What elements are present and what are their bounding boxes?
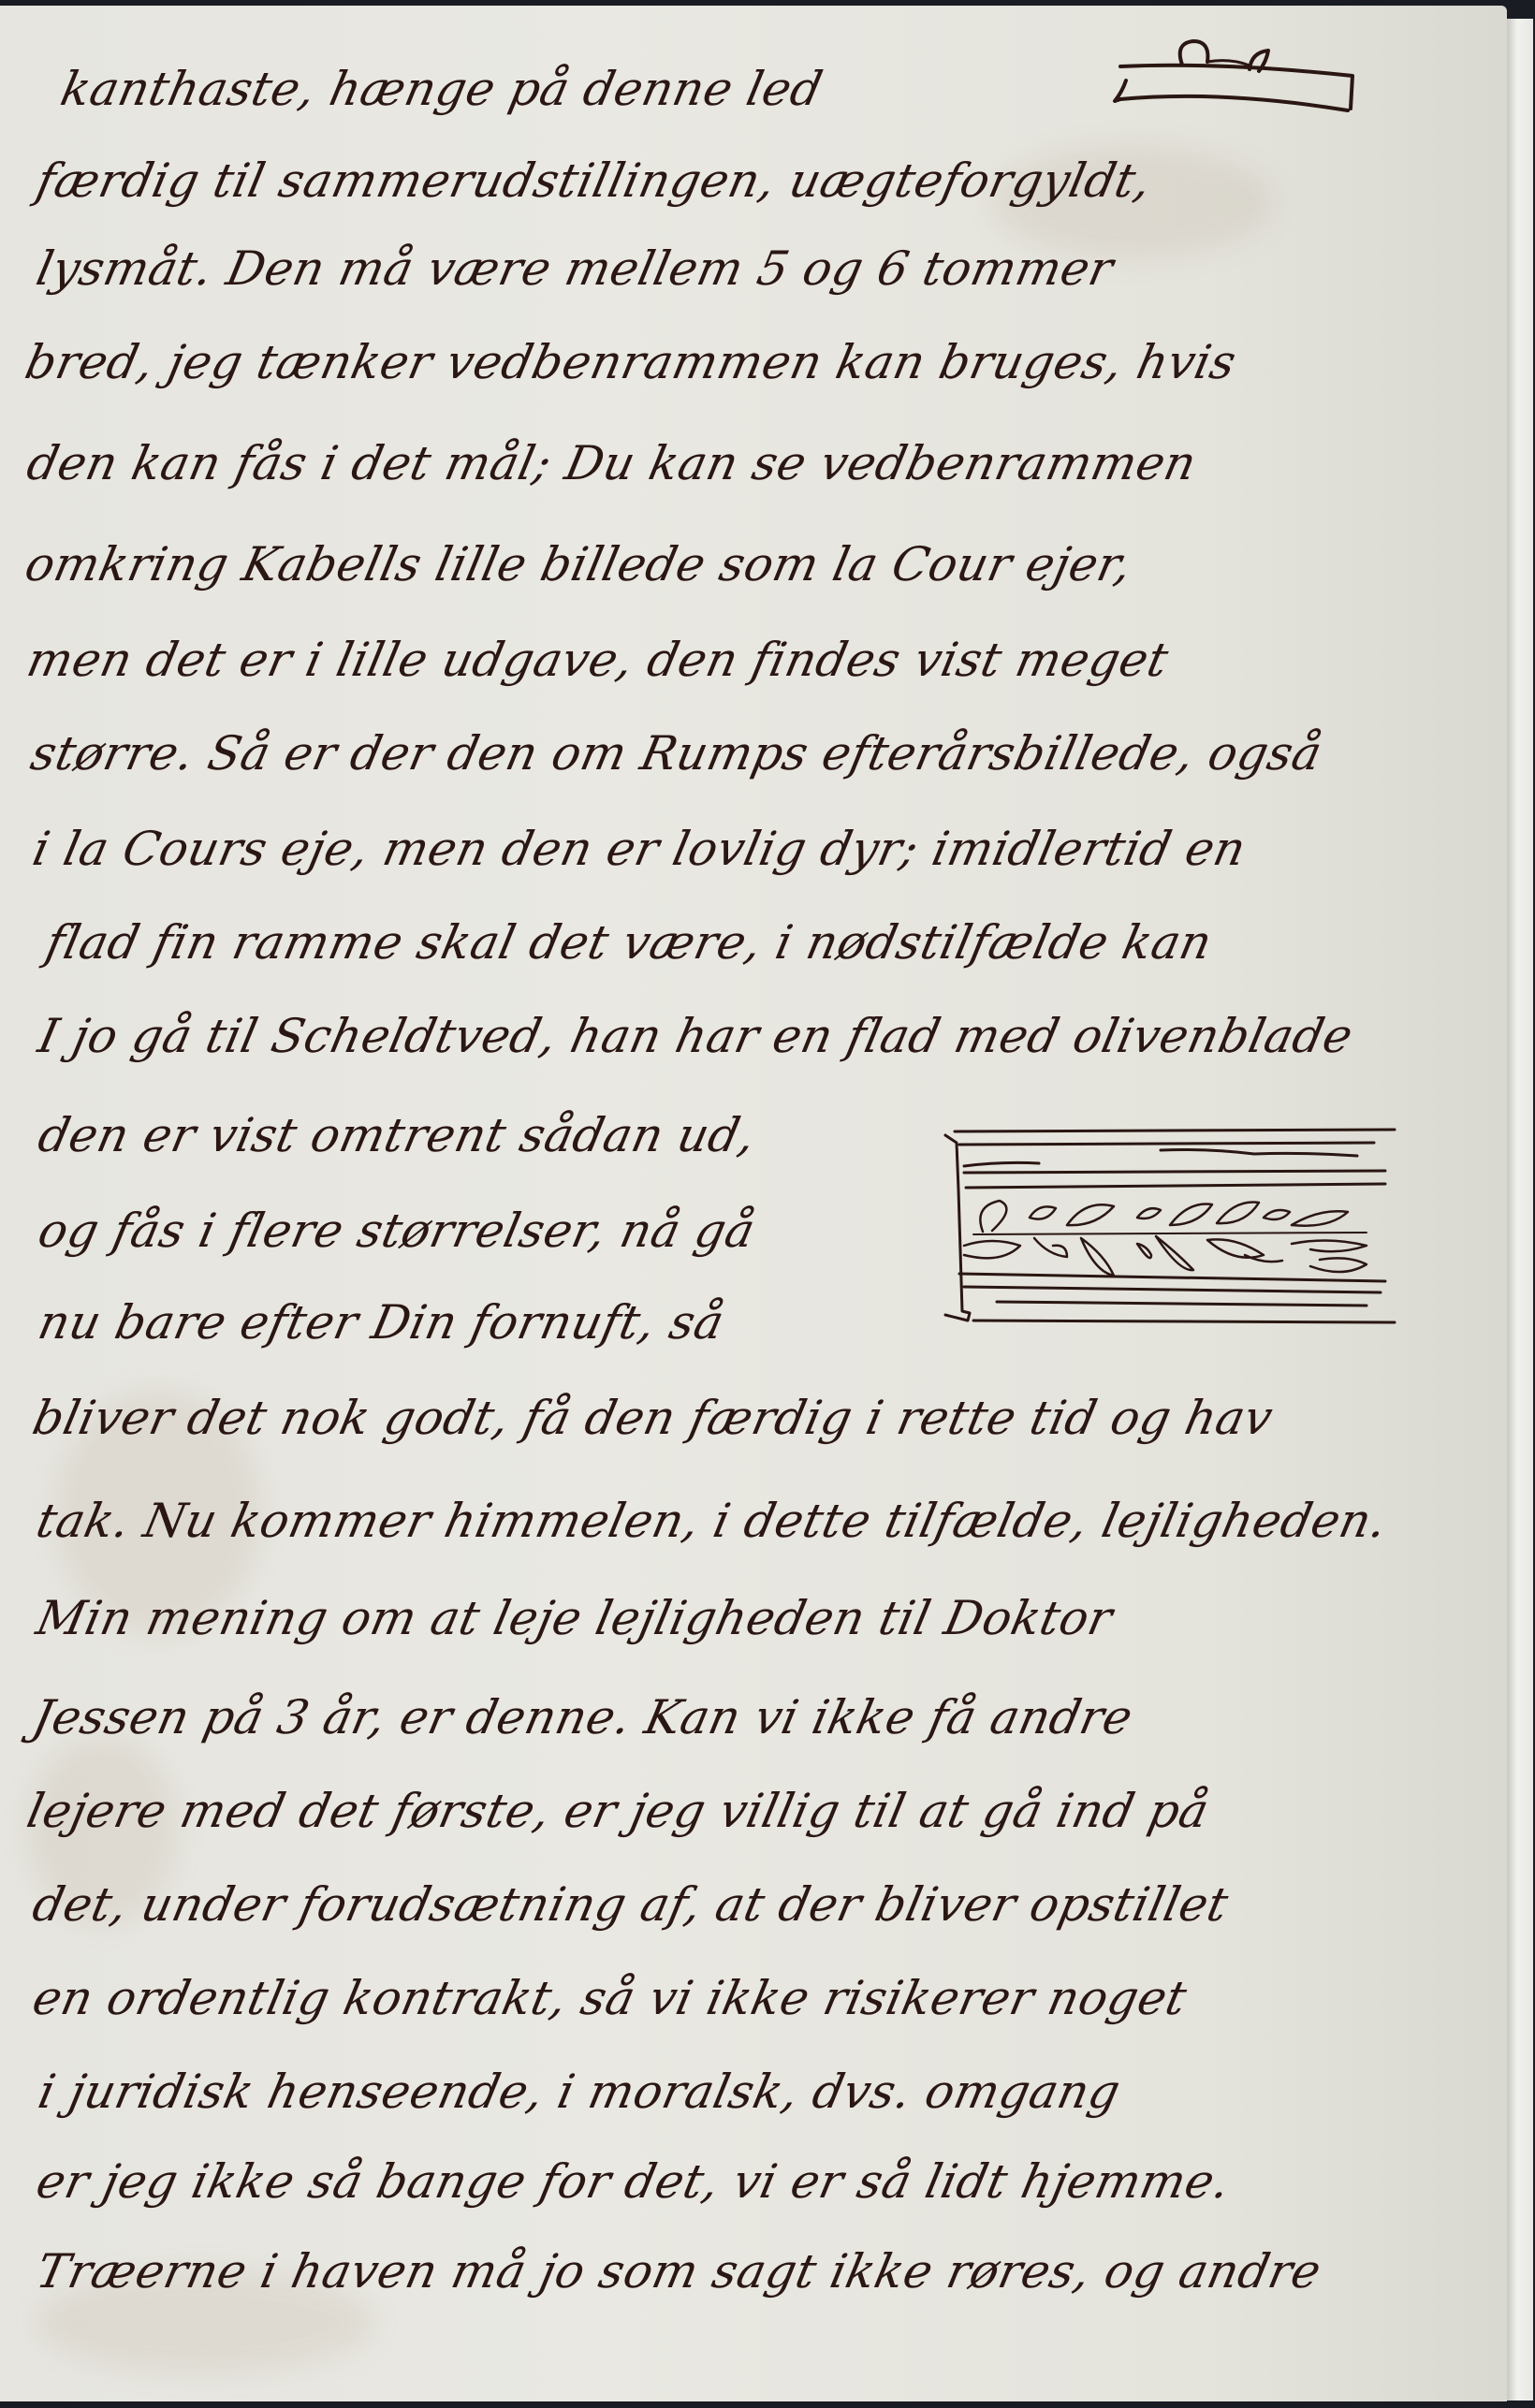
text-line: men det er i lille udgave, den findes vi… [22, 633, 1174, 687]
text-line: den er vist omtrent sådan ud, [34, 1108, 761, 1162]
letter-page: kanthaste, hænge på denne led færdig til… [0, 6, 1507, 2401]
page-edge [1507, 19, 1533, 2401]
text-line: Jessen på 3 år, er denne. Kan vi ikke få… [28, 1690, 1137, 1744]
olive-leaf-frame-sketch [927, 1115, 1413, 1330]
text-line: Træerne i haven må jo som sagt ikke røre… [32, 2244, 1326, 2299]
text-line: omkring Kabells lille billede som la Cou… [21, 537, 1137, 591]
text-line: I jo gå til Scheldtved, han har en flad … [34, 1009, 1358, 1063]
text-line: tak. Nu kommer himmelen, i dette tilfæld… [32, 1494, 1392, 1548]
text-line: nu bare efter Din fornuft, så [34, 1295, 729, 1350]
text-line: er jeg ikke så bange for det, vi er så l… [32, 2154, 1235, 2209]
text-line: det, under forudsætning af, at der blive… [28, 1877, 1234, 1932]
text-line: i juridisk henseende, i moralsk, dvs. om… [34, 2065, 1125, 2119]
text-line: i la Cours eje, men den er lovlig dyr; i… [28, 822, 1250, 876]
text-line: kanthaste, hænge på denne led [56, 62, 827, 116]
text-line: lejere med det første, er jeg villig til… [22, 1784, 1214, 1838]
text-line: og fås i flere størrelser, nå gå [34, 1204, 760, 1258]
text-line: større. Så er der den om Rumps efterårsb… [26, 726, 1327, 781]
frame-profile-sketch [1109, 34, 1362, 118]
text-line: lysmåt. Den må være mellem 5 og 6 tommer [32, 241, 1118, 296]
text-line: en ordentlig kontrakt, så vi ikke risike… [28, 1971, 1191, 2025]
text-line: færdig til sammerudstillingen, uægteforg… [32, 153, 1156, 208]
text-line: bliver det nok godt, få den færdig i ret… [28, 1391, 1278, 1445]
text-line: flad fin ramme skal det være, i nødstilf… [41, 915, 1217, 970]
text-line: bred, jeg tænker vedbenrammen kan bruges… [21, 335, 1241, 389]
text-line: Min mening om at leje lejligheden til Do… [32, 1591, 1118, 1645]
text-line: den kan fås i det mål; Du kan se vedbenr… [22, 436, 1202, 490]
